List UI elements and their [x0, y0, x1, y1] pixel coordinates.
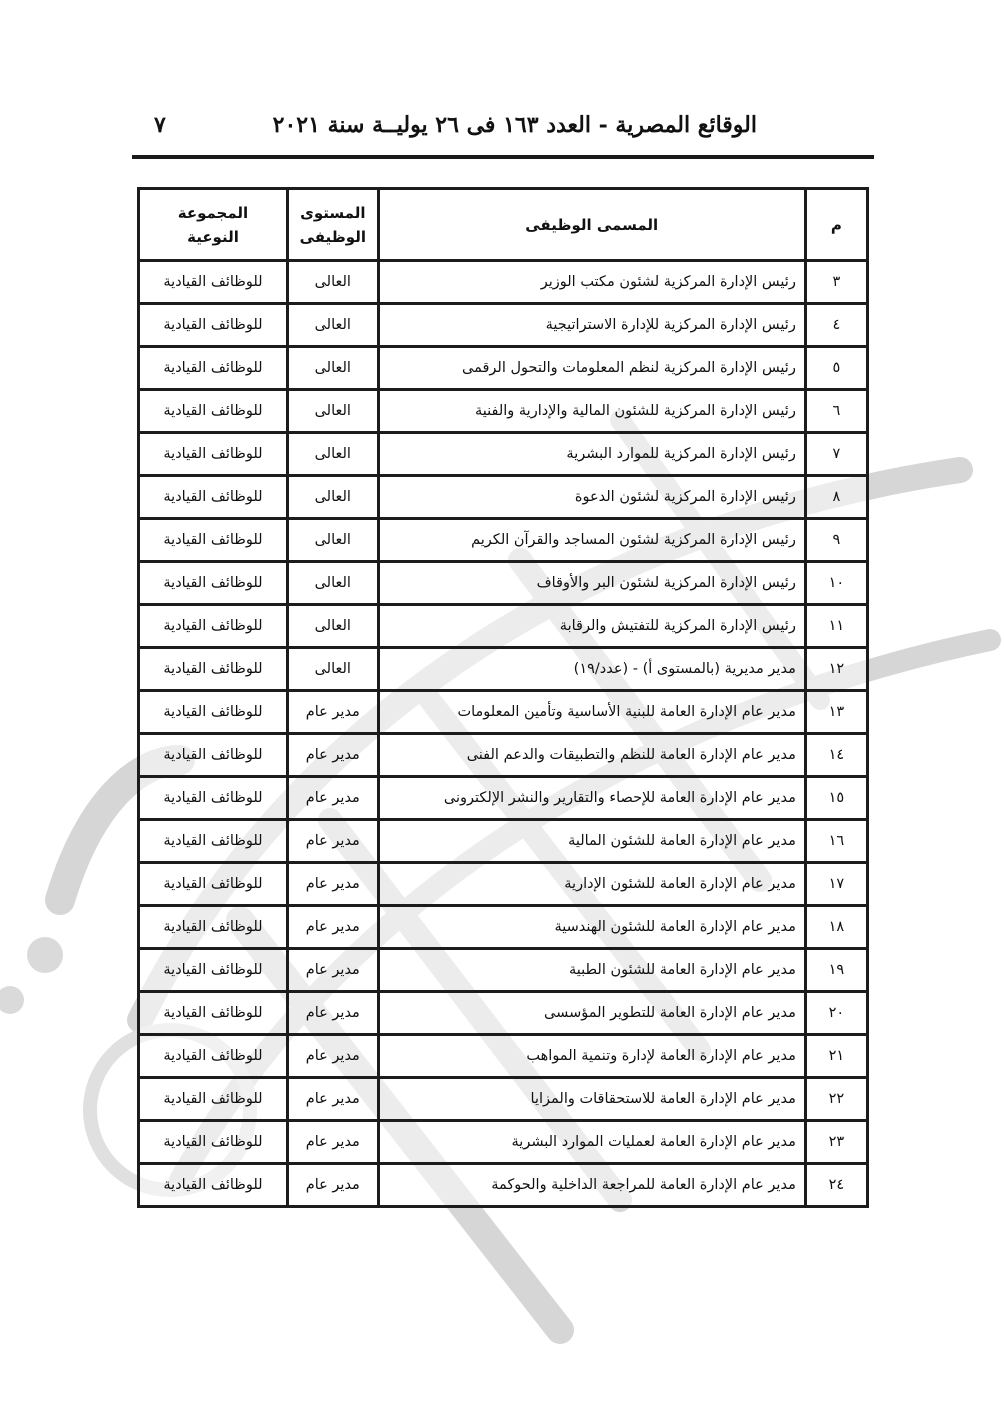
table-row: ٤رئيس الإدارة المركزية للإدارة الاستراتي…: [139, 304, 868, 347]
table-row: ١٧مدير عام الإدارة العامة للشئون الإداري…: [139, 863, 868, 906]
row-group: للوظائف القيادية: [139, 605, 288, 648]
row-number: ٦: [805, 390, 867, 433]
row-number: ١٣: [805, 691, 867, 734]
row-number: ٤: [805, 304, 867, 347]
row-job-title: مدير عام الإدارة العامة للتطوير المؤسسى: [378, 992, 805, 1035]
row-job-title: رئيس الإدارة المركزية للشئون المالية وال…: [378, 390, 805, 433]
row-job-title: رئيس الإدارة المركزية لنظم المعلومات وال…: [378, 347, 805, 390]
column-header-job-level: المستوى الوظيفى: [287, 189, 378, 261]
row-job-level: العالى: [287, 476, 378, 519]
table-row: ٢١مدير عام الإدارة العامة لإدارة وتنمية …: [139, 1035, 868, 1078]
row-job-level: العالى: [287, 261, 378, 304]
table-row: ١٨مدير عام الإدارة العامة للشئون الهندسي…: [139, 906, 868, 949]
row-group: للوظائف القيادية: [139, 1078, 288, 1121]
row-job-level: العالى: [287, 605, 378, 648]
row-group: للوظائف القيادية: [139, 1035, 288, 1078]
row-number: ١٦: [805, 820, 867, 863]
row-group: للوظائف القيادية: [139, 1121, 288, 1164]
table-row: ١١رئيس الإدارة المركزية للتفتيش والرقابة…: [139, 605, 868, 648]
row-number: ١٧: [805, 863, 867, 906]
table-row: ١٢مدير مديرية (بالمستوى أ) - (عدد/١٩)الع…: [139, 648, 868, 691]
row-group: للوظائف القيادية: [139, 777, 288, 820]
row-group: للوظائف القيادية: [139, 519, 288, 562]
row-number: ١٨: [805, 906, 867, 949]
row-group: للوظائف القيادية: [139, 562, 288, 605]
row-job-level: مدير عام: [287, 1078, 378, 1121]
row-job-title: رئيس الإدارة المركزية للتفتيش والرقابة: [378, 605, 805, 648]
row-job-title: مدير عام الإدارة العامة للاستحقاقات والم…: [378, 1078, 805, 1121]
row-job-title: رئيس الإدارة المركزية لشئون مكتب الوزير: [378, 261, 805, 304]
row-number: ٢٠: [805, 992, 867, 1035]
column-header-job-level-line1: المستوى: [297, 201, 369, 225]
page-number: ٧: [154, 112, 166, 138]
table-row: ١٠رئيس الإدارة المركزية لشئون البر والأو…: [139, 562, 868, 605]
row-job-level: مدير عام: [287, 1035, 378, 1078]
row-group: للوظائف القيادية: [139, 820, 288, 863]
row-number: ١٩: [805, 949, 867, 992]
row-job-level: العالى: [287, 519, 378, 562]
header-divider: [132, 155, 874, 159]
row-job-title: مدير عام الإدارة العامة للنظم والتطبيقات…: [378, 734, 805, 777]
row-job-title: مدير عام الإدارة العامة للشئون الهندسية: [378, 906, 805, 949]
row-number: ٧: [805, 433, 867, 476]
row-job-level: مدير عام: [287, 992, 378, 1035]
row-job-title: مدير عام الإدارة العامة للشئون الطبية: [378, 949, 805, 992]
table-row: ٣رئيس الإدارة المركزية لشئون مكتب الوزير…: [139, 261, 868, 304]
row-group: للوظائف القيادية: [139, 476, 288, 519]
row-job-level: مدير عام: [287, 863, 378, 906]
table-header-row: م المسمى الوظيفى المستوى الوظيفى المجموع…: [139, 189, 868, 261]
table-row: ٥رئيس الإدارة المركزية لنظم المعلومات وا…: [139, 347, 868, 390]
row-group: للوظائف القيادية: [139, 906, 288, 949]
gazette-title: الوقائع المصرية - العدد ١٦٣ فى ٢٦ يوليــ…: [273, 112, 757, 138]
table-row: ١٤مدير عام الإدارة العامة للنظم والتطبيق…: [139, 734, 868, 777]
row-job-title: رئيس الإدارة المركزية للإدارة الاستراتيج…: [378, 304, 805, 347]
row-job-title: مدير عام الإدارة العامة للشئون المالية: [378, 820, 805, 863]
row-group: للوظائف القيادية: [139, 648, 288, 691]
row-group: للوظائف القيادية: [139, 304, 288, 347]
row-group: للوظائف القيادية: [139, 390, 288, 433]
job-titles-table: م المسمى الوظيفى المستوى الوظيفى المجموع…: [137, 187, 869, 1208]
table-row: ٨رئيس الإدارة المركزية لشئون الدعوةالعال…: [139, 476, 868, 519]
table-row: ٩رئيس الإدارة المركزية لشئون المساجد وال…: [139, 519, 868, 562]
table-row: ١٦مدير عام الإدارة العامة للشئون المالية…: [139, 820, 868, 863]
row-job-level: العالى: [287, 562, 378, 605]
row-job-title: رئيس الإدارة المركزية لشئون البر والأوقا…: [378, 562, 805, 605]
table-row: ١٩مدير عام الإدارة العامة للشئون الطبيةم…: [139, 949, 868, 992]
row-job-title: مدير عام الإدارة العامة لإدارة وتنمية ال…: [378, 1035, 805, 1078]
row-number: ١٥: [805, 777, 867, 820]
row-number: ٥: [805, 347, 867, 390]
row-number: ٢٤: [805, 1164, 867, 1207]
table-row: ١٥مدير عام الإدارة العامة للإحصاء والتقا…: [139, 777, 868, 820]
row-group: للوظائف القيادية: [139, 734, 288, 777]
row-job-level: مدير عام: [287, 820, 378, 863]
column-header-group: المجموعة النوعية: [139, 189, 288, 261]
row-number: ٣: [805, 261, 867, 304]
row-group: للوظائف القيادية: [139, 863, 288, 906]
table-row: ٢٠مدير عام الإدارة العامة للتطوير المؤسس…: [139, 992, 868, 1035]
row-group: للوظائف القيادية: [139, 992, 288, 1035]
row-job-level: مدير عام: [287, 906, 378, 949]
row-number: ٢٢: [805, 1078, 867, 1121]
row-job-title: مدير عام الإدارة العامة للإحصاء والتقاري…: [378, 777, 805, 820]
row-number: ٩: [805, 519, 867, 562]
row-number: ١٠: [805, 562, 867, 605]
row-job-level: العالى: [287, 347, 378, 390]
row-group: للوظائف القيادية: [139, 691, 288, 734]
row-job-level: مدير عام: [287, 734, 378, 777]
column-header-group-line2: النوعية: [148, 225, 278, 249]
row-job-title: مدير عام الإدارة العامة لعمليات الموارد …: [378, 1121, 805, 1164]
column-header-job-level-line2: الوظيفى: [297, 225, 369, 249]
row-job-level: مدير عام: [287, 777, 378, 820]
row-number: ٢٣: [805, 1121, 867, 1164]
row-number: ١٢: [805, 648, 867, 691]
row-number: ٨: [805, 476, 867, 519]
row-job-title: مدير عام الإدارة العامة للبنية الأساسية …: [378, 691, 805, 734]
row-job-level: مدير عام: [287, 1164, 378, 1207]
column-header-number: م: [805, 189, 867, 261]
row-job-title: مدير مديرية (بالمستوى أ) - (عدد/١٩): [378, 648, 805, 691]
row-job-title: رئيس الإدارة المركزية لشئون الدعوة: [378, 476, 805, 519]
row-job-title: مدير عام الإدارة العامة للمراجعة الداخلي…: [378, 1164, 805, 1207]
row-group: للوظائف القيادية: [139, 1164, 288, 1207]
row-job-level: العالى: [287, 433, 378, 476]
row-job-title: رئيس الإدارة المركزية لشئون المساجد والق…: [378, 519, 805, 562]
table-row: ١٣مدير عام الإدارة العامة للبنية الأساسي…: [139, 691, 868, 734]
row-group: للوظائف القيادية: [139, 949, 288, 992]
table-row: ٧رئيس الإدارة المركزية للموارد البشريةال…: [139, 433, 868, 476]
column-header-job-title: المسمى الوظيفى: [378, 189, 805, 261]
table-row: ٦رئيس الإدارة المركزية للشئون المالية وا…: [139, 390, 868, 433]
row-job-title: رئيس الإدارة المركزية للموارد البشرية: [378, 433, 805, 476]
column-header-group-line1: المجموعة: [148, 201, 278, 225]
row-group: للوظائف القيادية: [139, 433, 288, 476]
row-job-level: مدير عام: [287, 1121, 378, 1164]
table-row: ٢٣مدير عام الإدارة العامة لعمليات الموار…: [139, 1121, 868, 1164]
row-number: ١١: [805, 605, 867, 648]
row-job-title: مدير عام الإدارة العامة للشئون الإدارية: [378, 863, 805, 906]
table-row: ٢٢مدير عام الإدارة العامة للاستحقاقات وا…: [139, 1078, 868, 1121]
table-row: ٢٤مدير عام الإدارة العامة للمراجعة الداخ…: [139, 1164, 868, 1207]
row-job-level: العالى: [287, 390, 378, 433]
row-number: ٢١: [805, 1035, 867, 1078]
row-job-level: العالى: [287, 304, 378, 347]
row-number: ١٤: [805, 734, 867, 777]
page-header: الوقائع المصرية - العدد ١٦٣ فى ٢٦ يوليــ…: [132, 108, 872, 152]
row-job-level: العالى: [287, 648, 378, 691]
row-group: للوظائف القيادية: [139, 347, 288, 390]
row-group: للوظائف القيادية: [139, 261, 288, 304]
row-job-level: مدير عام: [287, 691, 378, 734]
row-job-level: مدير عام: [287, 949, 378, 992]
